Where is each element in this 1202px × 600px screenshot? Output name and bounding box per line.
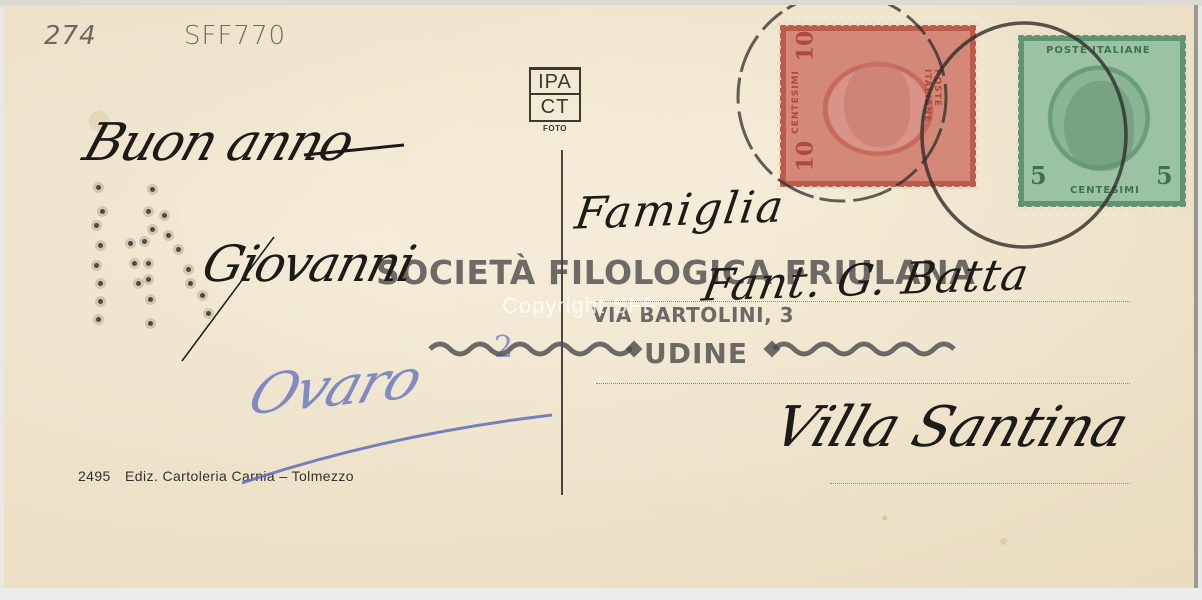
stamp-value-bottom: 10 [792, 141, 818, 172]
pencil-archive-code: SFF770 [184, 21, 286, 51]
logo-bottom-text: CT [531, 95, 579, 120]
pencil-inventory-number: 274 [44, 21, 97, 51]
publisher-text: Ediz. Cartoleria Carnia – Tolmezzo [125, 468, 354, 484]
handwritten-greeting: Buon anno [76, 113, 360, 173]
address-line-2 [596, 383, 1130, 384]
blue-pencil-note: Ovaro [241, 347, 428, 429]
publisher-card-number: 2495 [78, 468, 111, 484]
handwritten-destination: Villa Santina [765, 395, 1135, 460]
publisher-imprint: 2495 Ediz. Cartoleria Carnia – Tolmezzo [78, 468, 354, 484]
logo-caption: FOTO [529, 124, 581, 133]
address-line-3 [830, 483, 1130, 484]
logo-top-text: IPA [531, 70, 579, 95]
center-divider-line [561, 150, 563, 495]
postcard-back: 274 SFF770 IPA CT FOTO SOCIETÀ FILOLOGIC… [4, 5, 1198, 588]
stamp-denomination: CENTESIMI [791, 70, 801, 134]
postage-stamp-green-5c: POSTE ITALIANE 5 5 CENTESIMI [1018, 35, 1186, 207]
stamp-country: POSTE ITALIANE [922, 69, 942, 145]
stamp-value-left: 5 [1030, 161, 1047, 190]
handwritten-recipient-line1: Famiglia [572, 181, 788, 239]
stamp-denomination: CENTESIMI [1070, 185, 1140, 196]
publisher-logo: IPA CT FOTO [529, 67, 581, 133]
stamp-value-top: 10 [792, 31, 818, 62]
stamp-country: POSTE ITALIANE [1046, 45, 1151, 56]
handwritten-recipient-line2: Fant. G. Batta [698, 249, 1033, 311]
blue-pencil-number: 2 [494, 330, 513, 365]
handwritten-sender: Giovanni [197, 235, 420, 293]
king-portrait-icon [1064, 81, 1134, 171]
scan-bottom-border [0, 588, 1202, 600]
stamp-value-right: 5 [1156, 161, 1173, 190]
archive-stamp-line3: UDINE [644, 337, 748, 370]
postage-stamp-red-10c: 10 10 CENTESIMI POSTE ITALIANE [780, 25, 976, 187]
king-portrait-icon [844, 61, 910, 147]
copyright-watermark: Copyright SFF [502, 293, 657, 319]
